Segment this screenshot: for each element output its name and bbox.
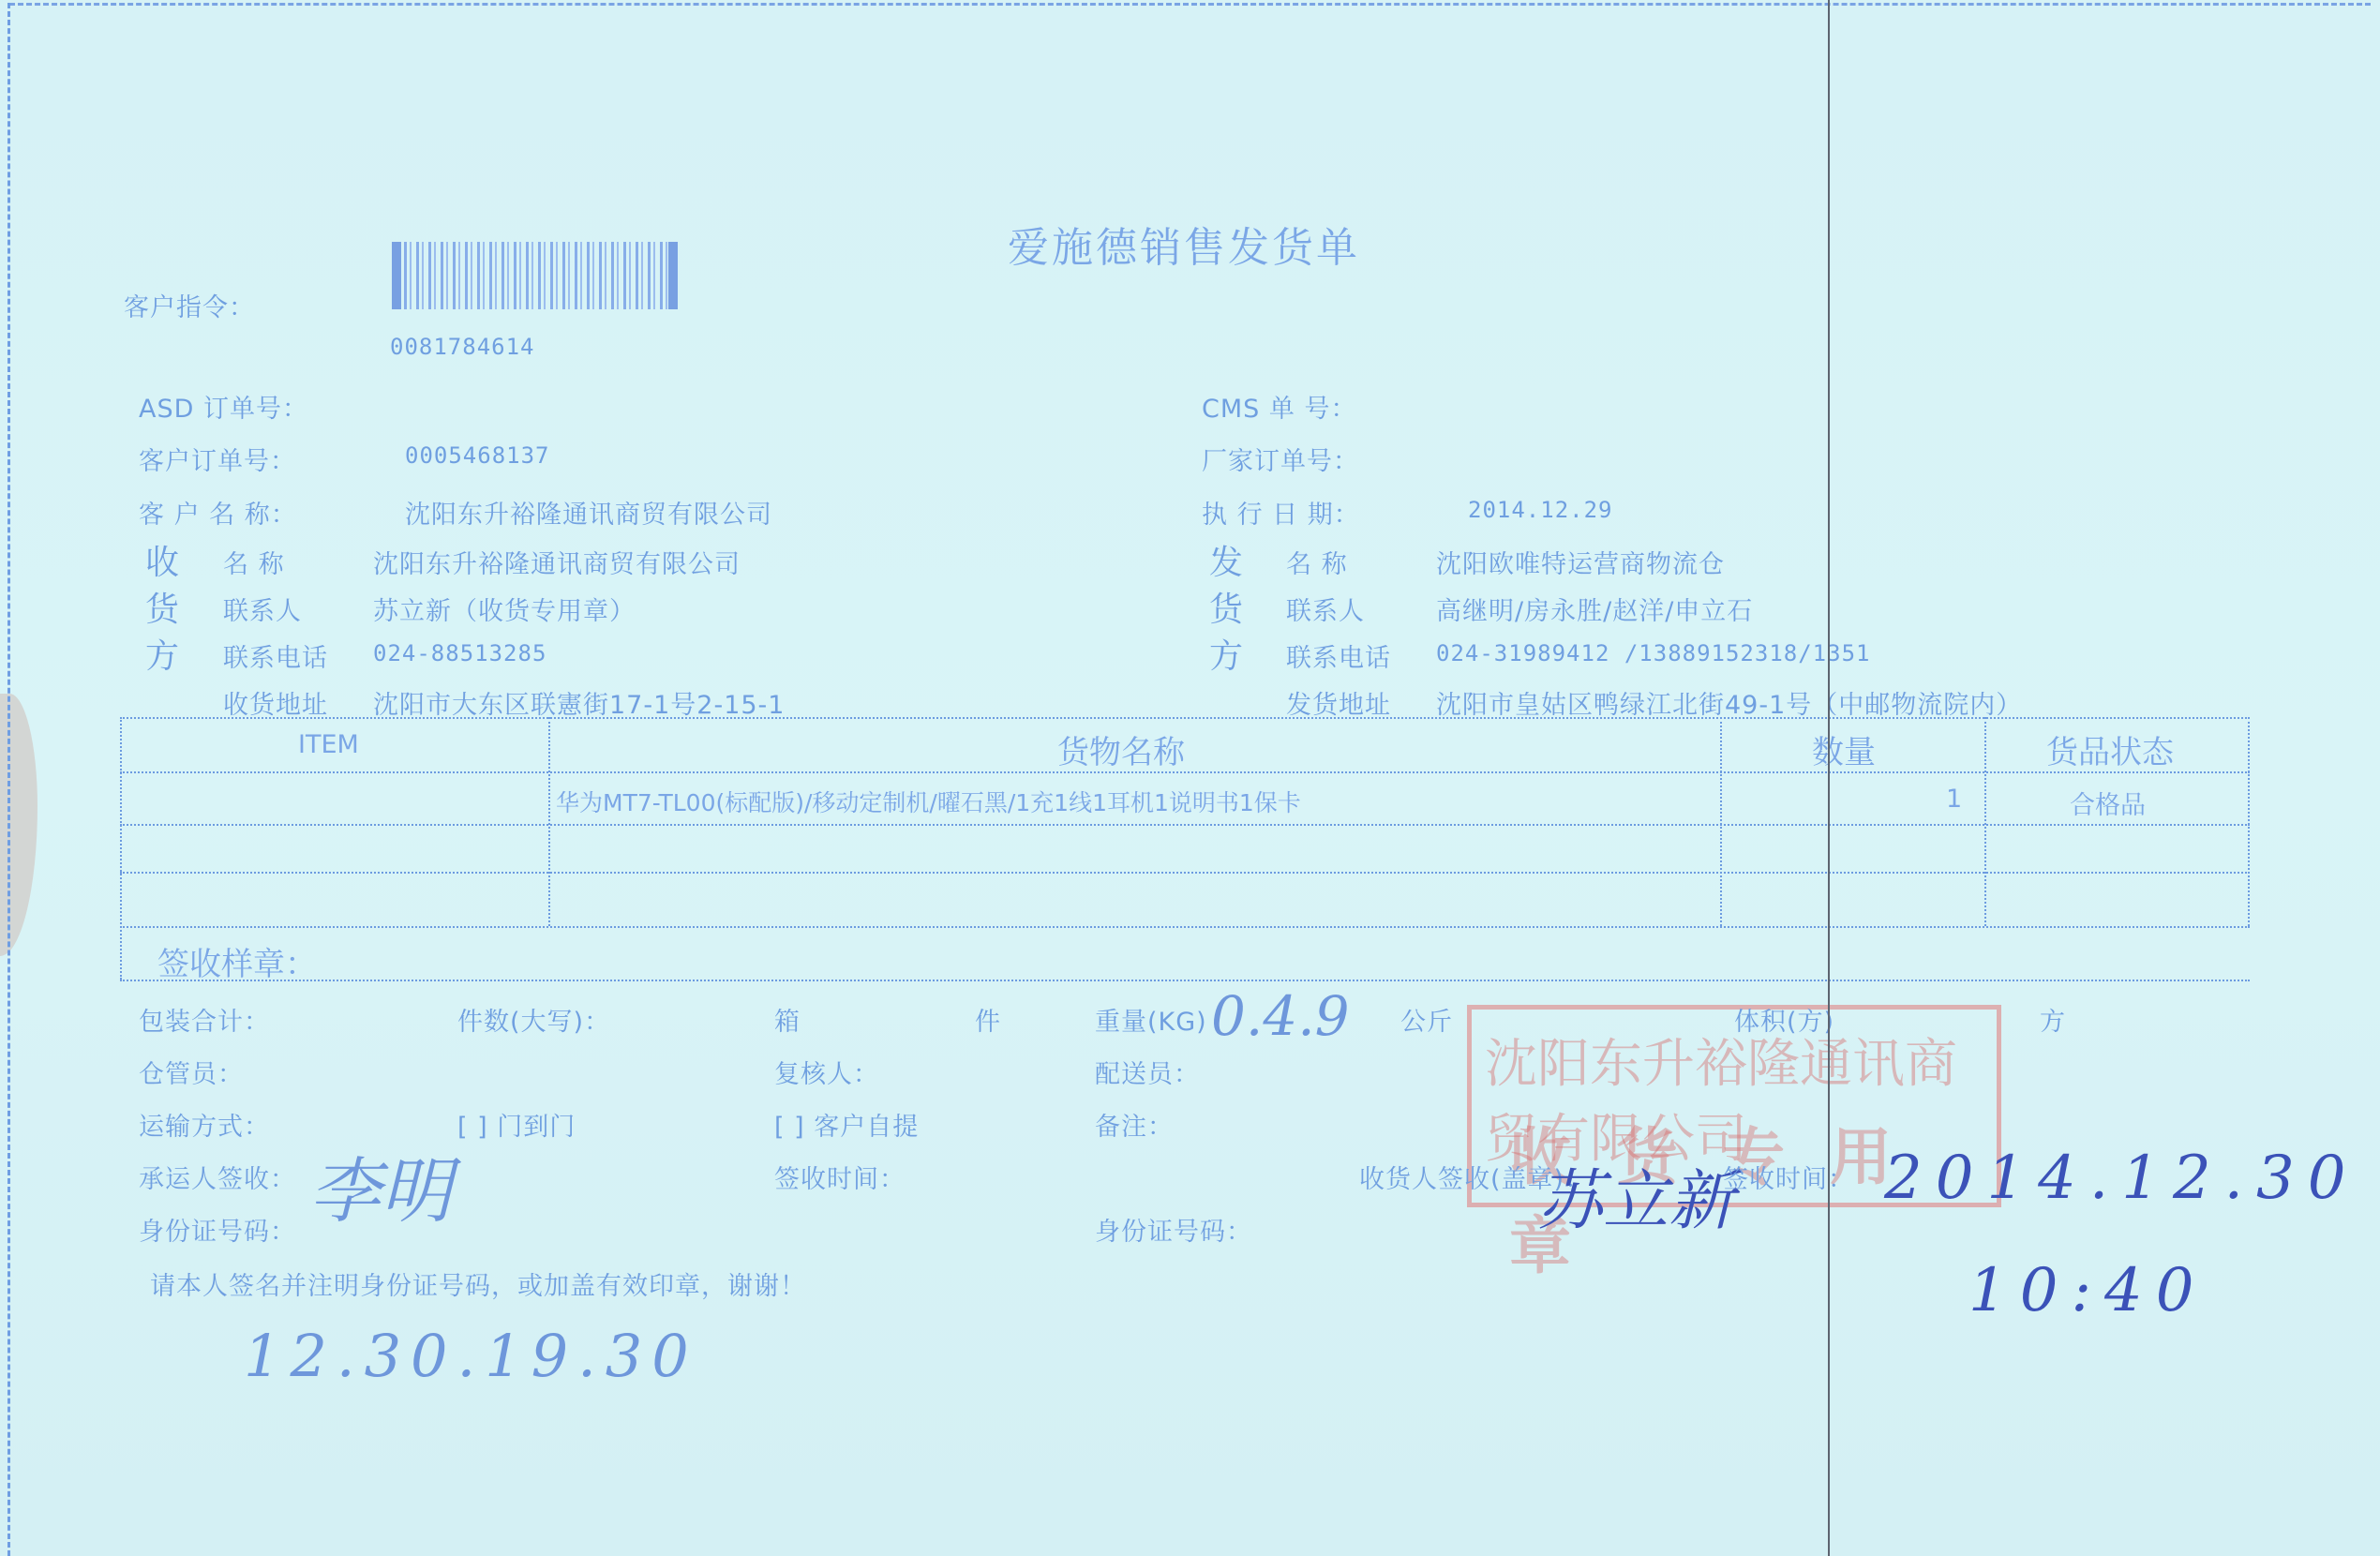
signing-notice: 请本人签名并注明身份证号码，或加盖有效印章，谢谢！	[150, 1265, 806, 1302]
receiver-name-label: 名 称	[223, 544, 285, 580]
weight-label: 重量(KG)	[1095, 1001, 1207, 1038]
receiver-signature: 苏立新	[1537, 1148, 1734, 1243]
exec-date-value: 2014.12.29	[1468, 497, 1613, 523]
receiver-side-label-1: 收	[145, 536, 180, 584]
weight-value-handwritten: 0.4.9	[1211, 984, 1350, 1048]
fold-line	[1828, 0, 1830, 1556]
carrier-id-label: 身份证号码：	[139, 1211, 296, 1248]
row-1-quantity: 1	[1946, 785, 1962, 814]
sign-sample-label: 签收样章：	[157, 938, 317, 984]
shipper-contact-label: 联系人	[1286, 591, 1365, 627]
receiver-sign-time-label: 签收时间：	[1723, 1159, 1854, 1195]
cms-order-label: CMS 单 号：	[1202, 388, 1356, 425]
receiver-sign-clock-handwritten: 10:40	[1968, 1256, 2207, 1325]
receiver-phone-value: 024-88513285	[373, 640, 546, 666]
carrier-signature: 李明	[309, 1134, 452, 1236]
customer-order-label: 客户订单号：	[139, 441, 296, 477]
warehouse-keeper-label: 仓管员：	[139, 1054, 244, 1090]
weight-unit: 公斤	[1400, 1001, 1453, 1038]
reviewer-label: 复核人：	[774, 1054, 879, 1090]
transport-method-label: 运输方式：	[139, 1106, 270, 1143]
perforation-top	[9, 3, 2371, 6]
receiver-phone-label: 联系电话	[223, 637, 328, 674]
barcode	[392, 242, 678, 309]
receiver-id-label: 身份证号码：	[1095, 1211, 1252, 1248]
header-item: ITEM	[298, 730, 359, 759]
volume-label: 体积(方)	[1734, 1001, 1834, 1038]
customer-name-label: 客 户 名 称：	[139, 494, 297, 531]
perforation-left	[7, 3, 10, 1556]
door-to-door-checkbox[interactable]: [ ] 门到门	[457, 1106, 576, 1143]
document-title: 爱施德销售发货单	[1008, 214, 1360, 274]
shipper-address-value: 沈阳市皇姑区鸭绿江北街49-1号（中邮物流院内）	[1436, 684, 2022, 721]
shipper-contact-value: 高继明/房永胜/赵洋/申立石	[1436, 591, 1753, 627]
pieces-label: 件数(大写)：	[457, 1001, 610, 1038]
shipper-side-label-3: 方	[1209, 630, 1244, 678]
customer-name-value: 沈阳东升裕隆通讯商贸有限公司	[405, 494, 772, 531]
shipper-name-label: 名 称	[1286, 544, 1348, 580]
shipper-address-label: 发货地址	[1286, 684, 1391, 721]
customer-instruction-label: 客户指令：	[124, 287, 255, 323]
vendor-order-label: 厂家订单号：	[1202, 441, 1359, 477]
header-quantity: 数量	[1812, 726, 1876, 772]
carrier-sign-label: 承运人签收：	[139, 1159, 296, 1195]
row-1-goods-name: 华为MT7-TL00(标配版)/移动定制机/曜石黑/1充1线1耳机1说明书1保卡	[556, 785, 1301, 818]
self-pickup-checkbox[interactable]: [ ] 客户自提	[774, 1106, 919, 1143]
carrier-sign-time-label: 签收时间：	[774, 1159, 906, 1195]
receiver-name-value: 沈阳东升裕隆通讯商贸有限公司	[373, 544, 741, 580]
shipper-phone-label: 联系电话	[1286, 637, 1391, 674]
exec-date-label: 执 行 日 期：	[1202, 494, 1360, 531]
receiver-address-label: 收货地址	[223, 684, 328, 721]
shipper-side-label-2: 货	[1209, 583, 1244, 631]
shipper-side-label-1: 发	[1209, 536, 1244, 584]
receiver-address-value: 沈阳市大东区联憲街17-1号2-15-1	[373, 684, 785, 721]
receiver-contact-label: 联系人	[223, 591, 302, 627]
remark-label: 备注：	[1095, 1106, 1174, 1143]
customer-order-value: 0005468137	[405, 442, 550, 469]
receiver-side-label-2: 货	[145, 583, 180, 631]
shipper-phone-value: 024-31989412 /13889152318/1351	[1436, 640, 1870, 666]
items-table: ITEM 货物名称 数量 货品状态 华为MT7-TL00(标配版)/移动定制机/…	[120, 717, 2250, 980]
delivery-person-label: 配送员：	[1095, 1054, 1200, 1090]
receiver-contact-value: 苏立新（收货专用章）	[373, 591, 636, 627]
receiver-side-label-3: 方	[145, 630, 180, 678]
piece-label: 件	[975, 1001, 1001, 1038]
header-goods-name: 货物名称	[1057, 726, 1185, 772]
customer-instruction-number: 0081784614	[390, 334, 535, 360]
handwritten-note: 12.30.19.30	[244, 1322, 698, 1390]
package-total-label: 包装合计：	[139, 1001, 270, 1038]
volume-unit: 方	[2040, 1001, 2066, 1038]
asd-order-label: ASD 订单号：	[139, 388, 308, 425]
box-label: 箱	[774, 1001, 801, 1038]
receiver-sign-date-handwritten: 2014.12.30	[1884, 1144, 2358, 1213]
header-goods-status: 货品状态	[2046, 726, 2174, 772]
shipper-name-value: 沈阳欧唯特运营商物流仓	[1436, 544, 1725, 580]
row-1-status: 合格品	[2070, 785, 2146, 821]
